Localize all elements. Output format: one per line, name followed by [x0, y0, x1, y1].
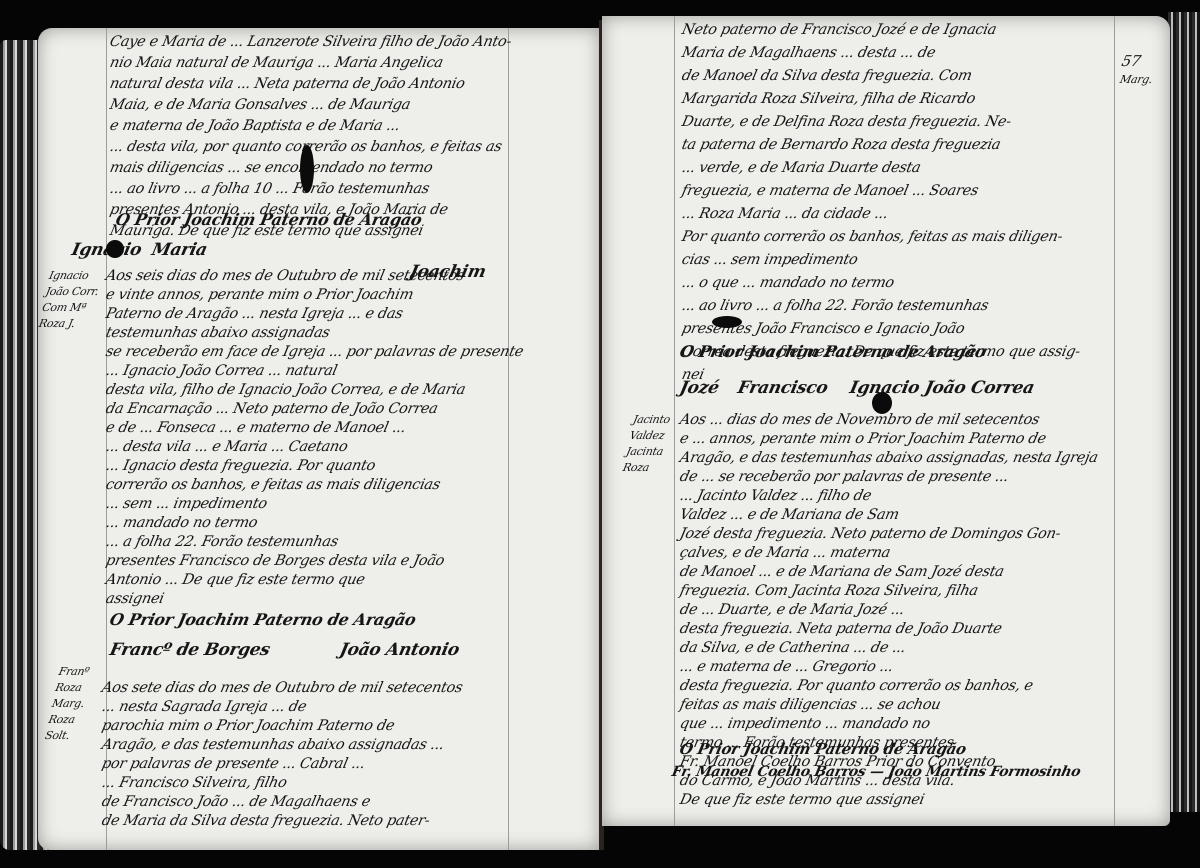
text-line: ... Ignacio João Correa ... natural [104, 363, 338, 379]
text-line: se receberão em face de Igreja ... por p… [104, 344, 524, 360]
text-line: Antonio ... De que fiz este termo que [104, 572, 366, 588]
text-line: ... ao livro ... a folha 22. Forão teste… [680, 298, 989, 314]
text-line: ... verde, e de Maria Duarte desta [680, 160, 922, 176]
ink-blot [300, 145, 314, 193]
text-line: ta paterna de Bernardo Roza desta fregue… [680, 137, 1002, 153]
text-line: Jozé desta freguezia. Neto paterno de Do… [678, 526, 1062, 542]
text-line: de Francisco João ... de Magalhaens e [100, 794, 371, 810]
text-line: por palavras de presente ... Cabral ... [100, 756, 366, 772]
text-line: Caye e Maria de ... Lanzerote Silveira f… [108, 34, 512, 50]
entry-header-cross: Francisco [736, 378, 830, 398]
text-line: Maria de Magalhaens ... desta ... de [680, 45, 937, 61]
right-page-edges [1168, 12, 1200, 812]
text-line: de Maria da Silva desta freguezia. Neto … [100, 813, 431, 829]
text-line: Valdez ... e de Mariana de Sam [678, 507, 900, 523]
margin-rule [1114, 16, 1115, 826]
text-line: Aos seis dias do mes de Outubro de mil s… [104, 268, 465, 284]
text-line: e vinte annos, perante mim o Prior Joach… [104, 287, 414, 303]
text-line: de Manoel ... e de Mariana de Sam Jozé d… [678, 564, 1005, 580]
text-line: ... ao livro ... a folha 10 ... Forão te… [108, 181, 430, 197]
text-line: Duarte, e de Delfina Roza desta freguezi… [680, 114, 1012, 130]
text-line: Aos sete dias do mes de Outubro de mil s… [100, 680, 464, 696]
text-line: De que fiz este termo que assignei [678, 792, 925, 808]
manuscript-spread: Caye e Maria de ... Lanzerote Silveira f… [0, 0, 1200, 868]
page-number: 57 [1120, 52, 1142, 70]
text-line: correrão os banhos, e feitas as mais dil… [104, 477, 441, 493]
text-line: ... Francisco Silveira, filho [100, 775, 288, 791]
margin-rule [508, 28, 509, 850]
text-line: de ... se receberão por palavras de pres… [678, 469, 1010, 485]
text-line: Aragão, e das testemunhas abaixo assigna… [678, 450, 1099, 466]
text-line: e ... annos, perante mim o Prior Joachim… [678, 431, 1047, 447]
text-line: freguezia, e materna de Manoel ... Soare… [680, 183, 979, 199]
text-line: Margarida Roza Silveira, filha de Ricard… [680, 91, 976, 107]
text-line: e materna de João Baptista e de Maria ..… [108, 118, 401, 134]
text-line: e de ... Fonseca ... e materno de Manoel… [104, 420, 407, 436]
ink-blot [872, 392, 892, 414]
text-line: Aragão, e das testemunhas abaixo assigna… [100, 737, 445, 753]
text-line: ... Jacinto Valdez ... filho de [678, 488, 872, 504]
text-line: ... Roza Maria ... da cidade ... [680, 206, 889, 222]
margin-rule [674, 16, 675, 826]
text-line: ... desta vila ... e Maria ... Caetano [104, 439, 349, 455]
text-line: Paterno de Aragão ... nesta Igreja ... e… [104, 306, 404, 322]
text-line: çalves, e de Maria ... materna [678, 545, 891, 561]
text-line: ... sem ... impedimento [104, 496, 268, 512]
text-line: Neto paterno de Francisco Jozé e de Igna… [680, 22, 997, 38]
witness-signatures: Fr. Manoel Coelho Barros — João Martins … [670, 764, 1082, 780]
text-line: testemunhas abaixo assignadas [104, 325, 331, 341]
text-line: Por quanto correrão os banhos, feitas as… [680, 229, 1064, 245]
text-line: ... nesta Sagrada Igreja ... de [100, 699, 308, 715]
text-line: de Manoel da Silva desta freguezia. Com [680, 68, 973, 84]
text-line: ... a folha 22. Forão testemunhas [104, 534, 339, 550]
text-line: ... o que ... mandado no termo [680, 275, 895, 291]
text-line: ... mandado no termo [104, 515, 259, 531]
margin-note: Marg. [1118, 72, 1154, 88]
prior-signature: O Prior Joachim Paterno de Aragão [114, 210, 424, 229]
text-line: mais diligencias ... se encomendado no t… [108, 160, 434, 176]
text-line: da Encarnação ... Neto paterno de João C… [104, 401, 439, 417]
text-line: natural desta vila ... Neta paterna de J… [108, 76, 466, 92]
prior-signature: O Prior Joachim Paterno de Aragão [678, 342, 988, 361]
text-line: Maia, e de Maria Gonsalves ... de Maurig… [108, 97, 412, 113]
text-line: nio Maia natural de Mauriga ... Maria An… [108, 55, 444, 71]
text-line: presentes Francisco de Borges desta vila… [104, 553, 445, 569]
entry-header-left: Jozé [678, 378, 721, 398]
text-line: ... e materna de ... Gregorio ... [678, 659, 894, 675]
text-line: feitas as mais diligencias ... se achou [678, 697, 942, 713]
text-line: que ... impedimento ... mandado no [678, 716, 931, 732]
text-line: cias ... sem impedimento [680, 252, 859, 268]
ink-blot [712, 316, 742, 328]
entry-header-cross: Maria [150, 240, 209, 260]
entry-header-left: Francº de Borges [108, 640, 272, 660]
text-line: desta vila, filho de Ignacio João Correa… [104, 382, 466, 398]
text-line: desta freguezia. Neta paterna de João Du… [678, 621, 1003, 637]
text-line: da Silva, e de Catherina ... de ... [678, 640, 907, 656]
text-line: ... Ignacio desta freguezia. Por quanto [104, 458, 376, 474]
prior-signature: O Prior Joachim Paterno de Aragão [678, 740, 968, 758]
text-line: desta freguezia. Por quanto correrão os … [678, 678, 1034, 694]
prior-signature: O Prior Joachim Paterno de Aragão [108, 610, 418, 629]
text-line: parochia mim o Prior Joachim Paterno de [100, 718, 396, 734]
text-line: Aos ... dias do mes de Novembro de mil s… [678, 412, 1041, 428]
text-line: freguezia. Com Jacinta Roza Silveira, fi… [678, 583, 979, 599]
text-line: assignei [104, 591, 165, 607]
ink-blot [106, 240, 124, 258]
entry-header-right: João Antonio [338, 640, 461, 660]
text-line: de ... Duarte, e de Maria Jozé ... [678, 602, 905, 618]
